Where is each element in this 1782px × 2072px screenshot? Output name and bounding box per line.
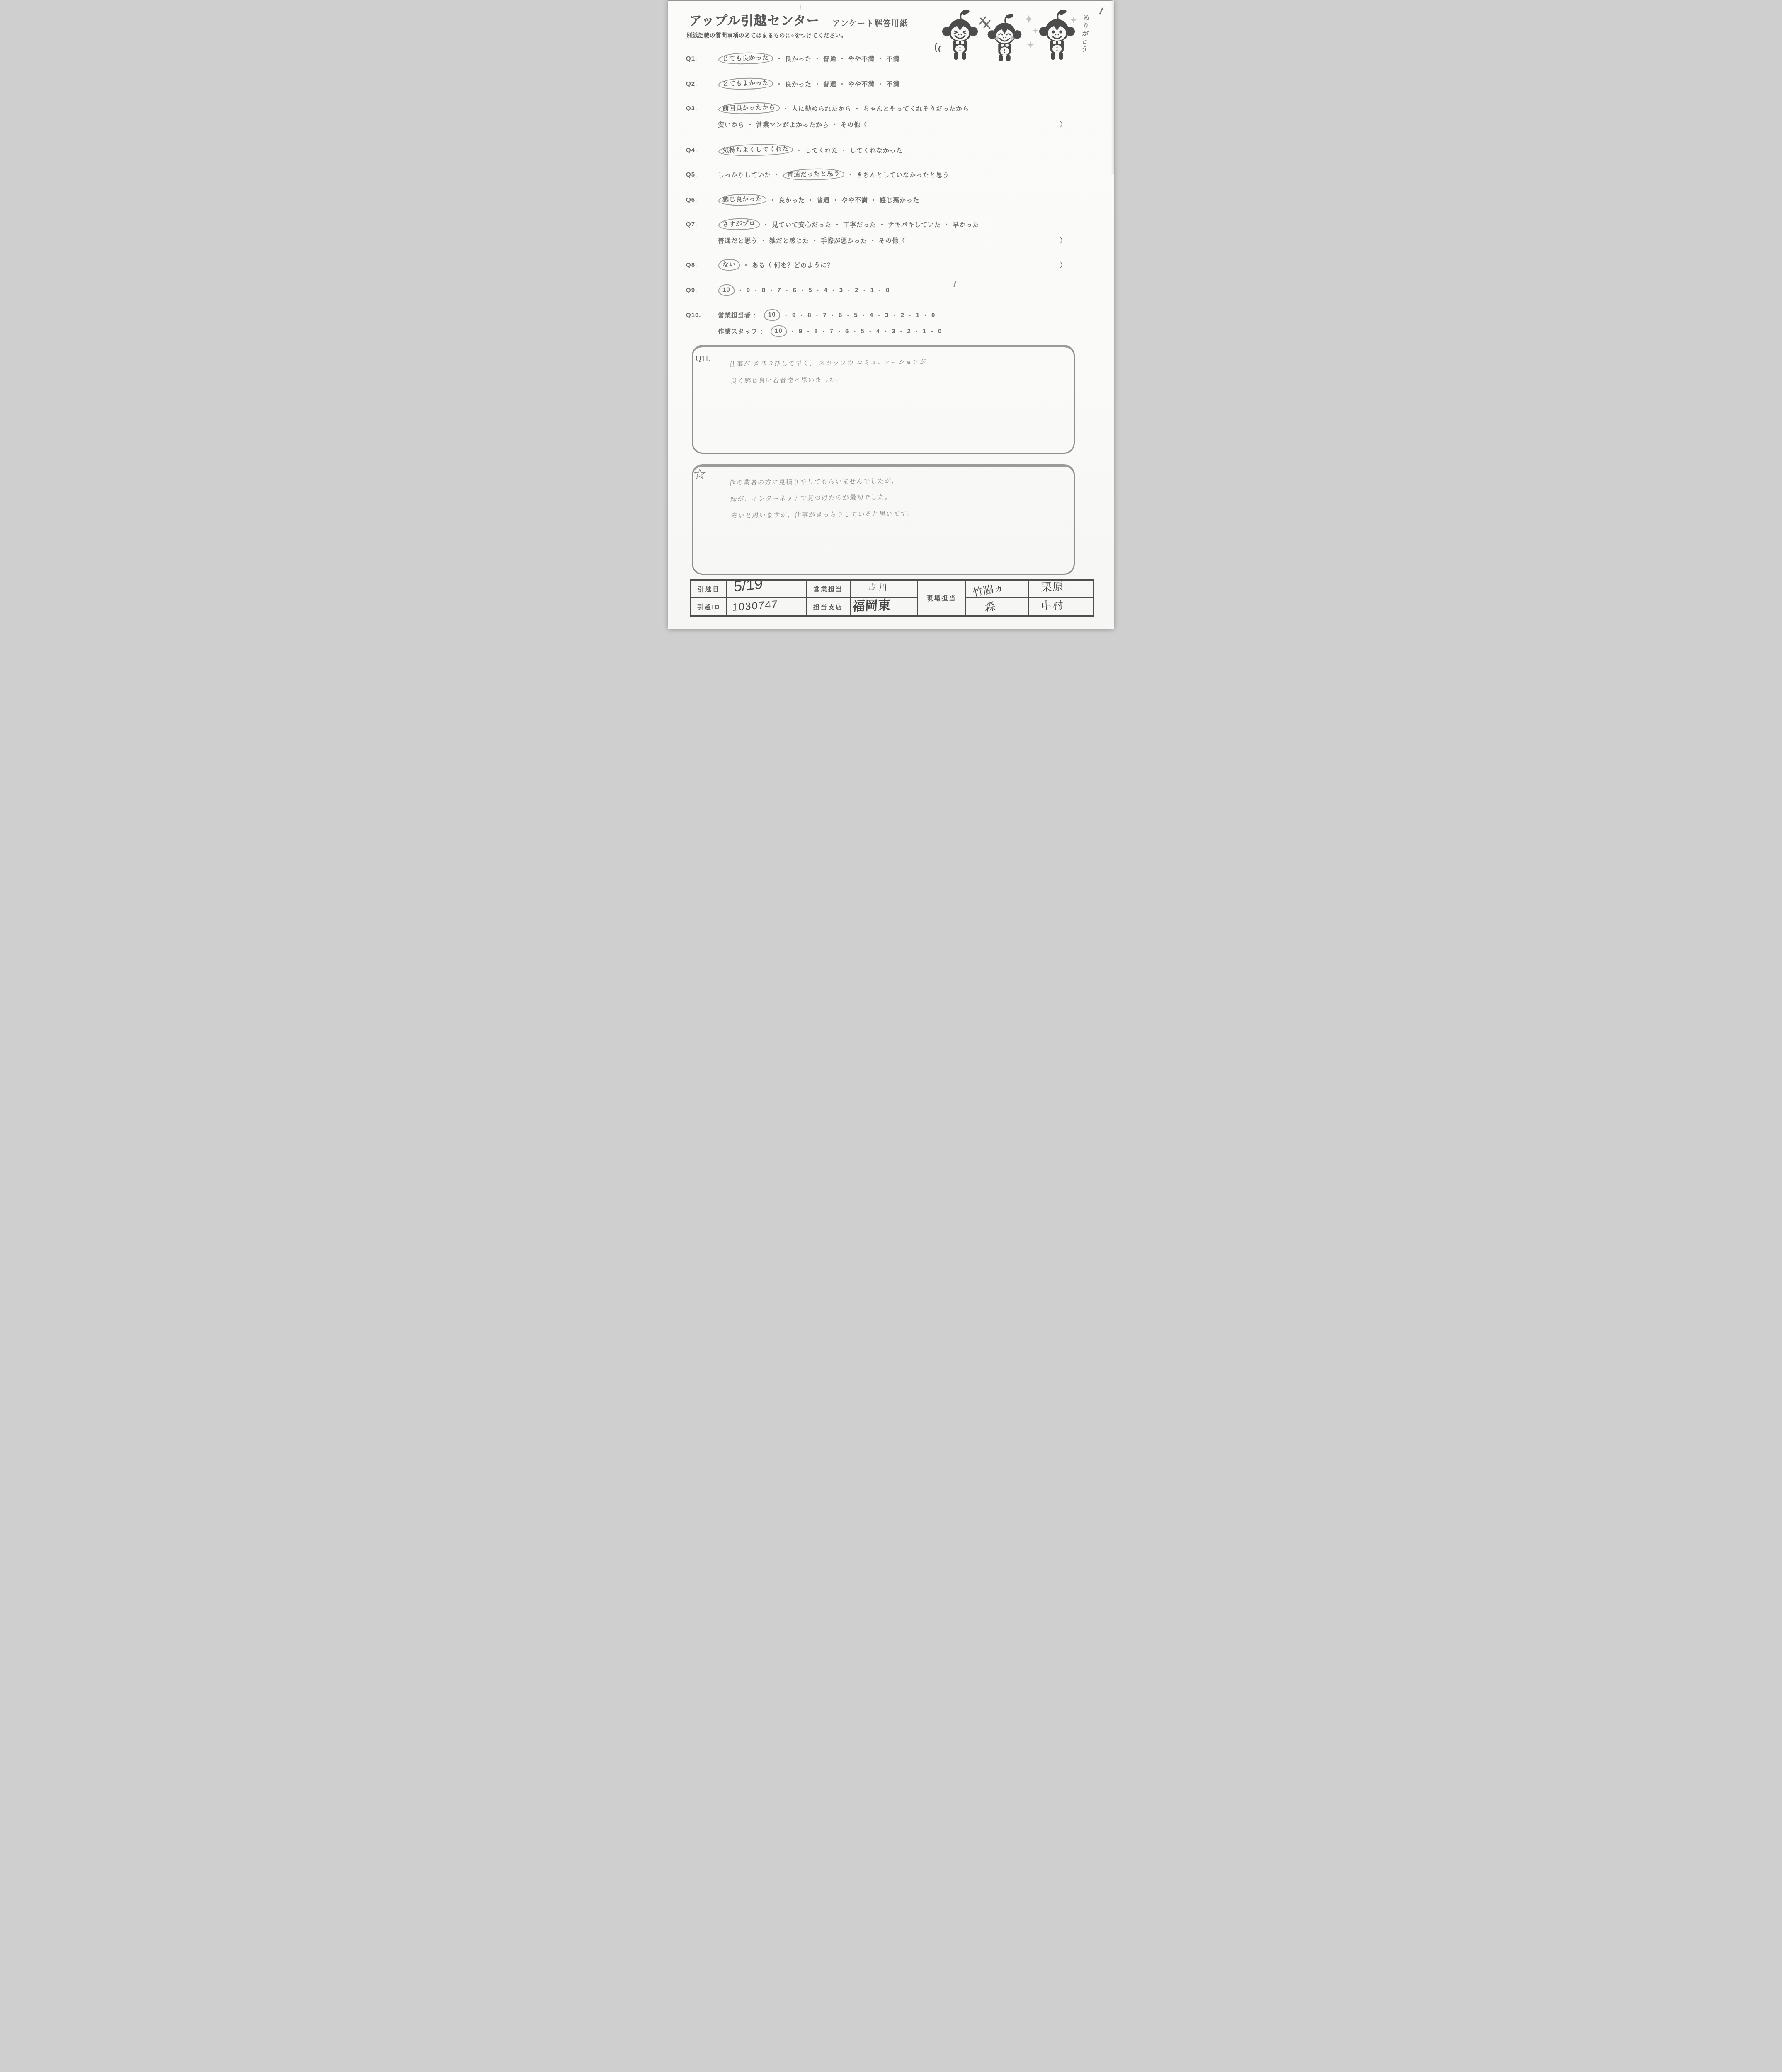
handwritten-branch-name: 福岡東 [852,594,891,614]
option: 早かった [953,220,979,229]
motion-lines-icon [935,43,940,52]
option: 普通 [817,196,830,204]
option: 安いから [718,120,744,129]
question-row: Q8.ない・ある（ 何を？どのように？） [686,259,1109,270]
option-separator: ・ [845,311,851,320]
branch-label: 担当支店 [813,603,843,611]
option: 6 [845,328,849,335]
option: 0 [938,328,942,335]
question-number: Q2. [686,80,718,87]
option-group-label: 営業担当者 ： [718,311,760,320]
question-row: Q1.とても良かった・良かった・普通・やや不満・不満 [686,53,1109,64]
option-separator: ・ [898,327,904,336]
option: 6 [793,287,797,294]
option: 3 [839,287,843,294]
option: やや不満 [841,196,868,204]
option-circled: 普通だったと思う [783,168,845,181]
star-icon: ☆ [693,467,706,482]
handwritten-site-name: 中村 [1040,597,1064,613]
question-number: Q9. [686,287,718,294]
option-separator: ・ [841,146,847,155]
option: 8 [807,312,811,319]
branch-value-cell: 福岡東 [851,598,918,615]
option-circled: ない [718,259,740,271]
scan-edge-line [682,0,682,629]
branch-label-cell: 担当支店 [807,598,851,615]
option-separator: ・ [799,286,806,295]
option: 2 [855,287,858,294]
question-row: Q3.前回良かったから・人に勧められたから・ちゃんとやってくれそうだったから [686,103,1109,114]
option: 6 [839,312,842,319]
option-separator: ・ [943,220,950,229]
option: 8 [814,328,818,335]
option: 良かった [785,54,812,63]
option-separator: ・ [877,80,884,88]
option: しっかりしていた [718,170,771,179]
option-separator: ・ [815,286,821,295]
option-separator: ・ [876,311,883,320]
option: 9 [799,328,803,335]
option: 2 [907,328,911,335]
company-title: アップル引越センター [689,10,819,29]
question-number: Q4. [686,147,718,154]
question-row: Q10.営業担当者 ：10・9・8・7・6・5・4・3・2・1・0 [686,310,1109,320]
option-circled: 10 [771,325,787,337]
option-separator: ・ [768,286,775,295]
option-separator: ・ [776,54,783,63]
handwritten-site-name: 竹脇ヵ [971,579,1005,600]
question-row: Q9.10・9・8・7・6・5・4・3・2・1・0 [686,285,1109,295]
monkey-smile-icon [1039,9,1075,60]
option: 普通だと思う [718,236,758,245]
option-separator: ・ [830,286,837,295]
question-row: Q2.とてもよかった・良かった・普通・やや不満・不満 [686,78,1109,89]
option: 9 [792,312,796,319]
option: ちゃんとやってくれそうだったから [863,104,969,113]
handwritten-site-name: 森 [983,597,996,614]
option-separator: ・ [814,80,821,88]
option: やや不満 [848,80,875,88]
option-separator: ・ [760,236,767,245]
option-separator: ・ [737,286,744,295]
option-separator: ・ [776,80,783,88]
option: 不満 [886,54,899,63]
handwritten-move-id: 1030747 [732,598,778,614]
option-circled: 気持ちよくしてくれた [718,143,793,157]
option-separator: ・ [883,327,889,336]
closing-paren: ） [1060,261,1067,269]
option: 8 [762,287,766,294]
option-separator: ・ [861,286,868,295]
option-separator: ・ [851,327,858,336]
site-name-cell: 森 [966,598,1029,615]
site-name-cell: 竹脇ヵ [966,581,1029,598]
option-separator: ・ [861,311,867,320]
option-circled: 10 [764,309,780,321]
option-separator: ・ [836,327,843,336]
option-separator: ・ [929,327,936,336]
option-separator: ・ [747,120,754,129]
question-number: Q3. [686,105,718,112]
option-separator: ・ [832,120,838,129]
site-name-cell: 栗原 [1029,581,1093,598]
option-separator: ・ [879,220,885,229]
option-separator: ・ [805,327,812,336]
option-separator: ・ [877,286,883,295]
option: 5 [861,328,864,335]
option-circled: 10 [718,284,735,296]
option: 良かった [785,80,812,88]
pen-mark [1099,7,1103,15]
option-separator: ・ [783,104,789,113]
option-separator: ・ [798,311,805,320]
option: テキパキしていた [888,220,941,229]
question-number: Q7. [686,221,718,228]
option-separator: ・ [877,54,884,63]
option-separator: ・ [829,311,836,320]
move-date-label: 引越日 [698,585,720,593]
option: 0 [931,312,935,319]
closing-paren: ） [1060,120,1067,129]
handwritten-move-date: 5/19 [734,575,763,595]
option-circled: 前回良かったから [718,102,780,115]
option: その他（ [841,120,867,129]
option-separator: ・ [814,54,821,63]
option-separator: ・ [807,196,814,204]
question-number: Q5. [686,171,718,178]
option-separator: ・ [870,196,877,204]
option: 普通 [823,54,836,63]
move-date-label-cell: 引越日 [691,581,727,598]
option: 1 [923,328,926,335]
option: 営業マンがよかったから [756,120,829,129]
option-separator: ・ [854,104,861,113]
scan-shadow [1111,0,1114,174]
option-circled: 感じ良かった [718,193,767,206]
site-label: 現場担当 [926,594,956,603]
question-row: Q4.気持ちよくしてくれた・してくれた・してくれなかった [686,145,1109,155]
option: してくれなかった [850,146,903,155]
option-circled: さすがプロ [718,218,760,231]
option: ある（ 何を？どのように？ [752,261,834,269]
option-separator: ・ [847,170,854,179]
question-number: Q1. [686,55,718,62]
option: その他（ [879,236,905,245]
option-separator: ・ [773,170,780,179]
option-separator: ・ [839,54,846,63]
option: 良かった [778,196,805,204]
option-separator: ・ [922,311,929,320]
option-separator: ・ [783,311,790,320]
option-separator: ・ [769,196,776,204]
sheet-subtitle: アンケート解答用紙 [832,17,908,29]
question-number: Q8. [686,261,718,269]
handwritten-site-name: 栗原 [1040,578,1064,594]
instruction-text: 別紙記載の質問事項のあてはまるものに○をつけてください。 [686,31,847,39]
handwritten-comment-line: 良く感じ良い若者達と思いました。 [730,375,844,385]
sales-label: 営業担当 [813,585,843,593]
move-id-label-cell: 引越ID [691,598,727,615]
option-separator: ・ [812,236,818,245]
option-separator: ・ [790,327,796,336]
option: やや不満 [848,54,875,63]
option-separator: ・ [839,80,846,88]
option: 4 [876,328,880,335]
question-number: Q6. [686,196,718,203]
option: 7 [777,287,781,294]
option: 3 [892,328,895,335]
option: 丁寧だった [843,220,876,229]
option-separator: ・ [743,261,749,269]
question-row: 作業スタッフ ：10・9・8・7・6・5・4・3・2・1・0 [686,326,1109,336]
monkey-wink-icon [942,9,978,60]
sparkle-icon [980,17,990,28]
question-number: Q10. [686,312,718,319]
question-row: Q5.しっかりしていた・普通だったと思う・きちんとしていなかったと思う [686,169,1109,180]
option: 1 [870,287,874,294]
handwritten-sales-name: 吉川 [868,581,890,593]
option-separator: ・ [907,311,914,320]
option: 7 [823,312,827,319]
site-name-cell: 中村 [1029,598,1093,615]
option: 手際が悪かった [821,236,867,245]
move-id-value-cell: 1030747 [727,598,807,615]
footer-table: 引越日 5/19 営業担当 吉川 現場担当 竹脇ヵ 栗原 引越ID 103074… [690,579,1094,617]
thanks-text: ありがとう [1077,14,1091,74]
option: 5 [854,312,858,319]
option: 4 [824,287,828,294]
move-date-value-cell: 5/19 [727,581,807,598]
option-separator: ・ [832,196,839,204]
option: 不満 [886,80,899,88]
option-circled: とても良かった [718,52,773,65]
option-separator: ・ [914,327,920,336]
option: 7 [830,328,834,335]
option: 普通 [823,80,836,88]
option: 5 [808,287,812,294]
option: してくれた [805,146,838,155]
option-separator: ・ [814,311,821,320]
option: 3 [885,312,889,319]
question-row: Q7.さすがプロ・見ていて安心だった・丁寧だった・テキパキしていた・早かった [686,219,1109,230]
option-separator: ・ [891,311,898,320]
closing-paren: ） [1060,236,1067,245]
option-group-label: 作業スタッフ ： [718,327,766,336]
move-id-label: 引越ID [697,603,720,611]
question-row: 安いから・営業マンがよかったから・その他（） [686,119,1109,130]
question-row: 普通だと思う・雑だと感じた・手際が悪かった・その他（） [686,235,1109,246]
option-separator: ・ [763,220,769,229]
option-separator: ・ [834,220,841,229]
option: 人に勧められたから [792,104,851,113]
option-separator: ・ [821,327,827,336]
option-separator: ・ [784,286,790,295]
question-row: Q6.感じ良かった・良かった・普通・やや不満・感じ悪かった [686,194,1109,205]
q11-label: Q11. [696,354,711,363]
option-separator: ・ [796,146,803,155]
scan-edge-line [668,0,1114,1]
option-separator: ・ [753,286,759,295]
option-separator: ・ [846,286,852,295]
option-separator: ・ [870,236,876,245]
survey-sheet: アップル引越センター アンケート解答用紙 別紙記載の質問事項のあてはまるものに○… [668,0,1114,629]
option: 2 [900,312,904,319]
option: 雑だと感じた [769,236,809,245]
option: 見ていて安心だった [772,220,832,229]
option-circled: とてもよかった [718,77,773,90]
site-label-cell: 現場担当 [918,581,966,615]
option: 4 [870,312,873,319]
sales-label-cell: 営業担当 [807,581,851,598]
option: 0 [886,287,890,294]
option: 1 [916,312,920,319]
option: きちんとしていなかったと思う [856,170,949,179]
option: 9 [747,287,750,294]
option-separator: ・ [867,327,874,336]
option: 感じ悪かった [880,196,919,204]
